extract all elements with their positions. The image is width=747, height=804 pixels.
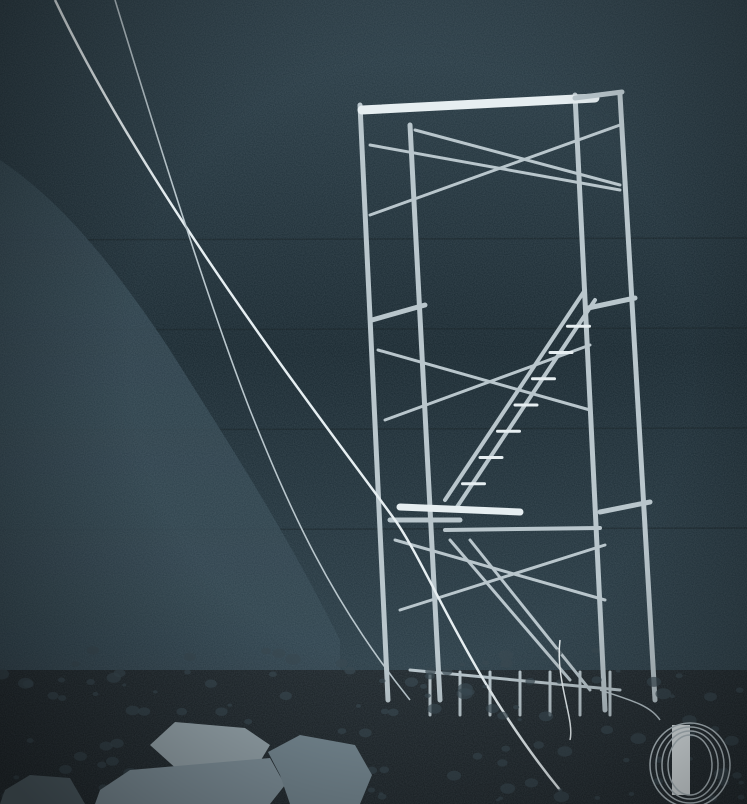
scene-illustration — [0, 0, 747, 804]
scaffold-photo — [0, 0, 747, 804]
